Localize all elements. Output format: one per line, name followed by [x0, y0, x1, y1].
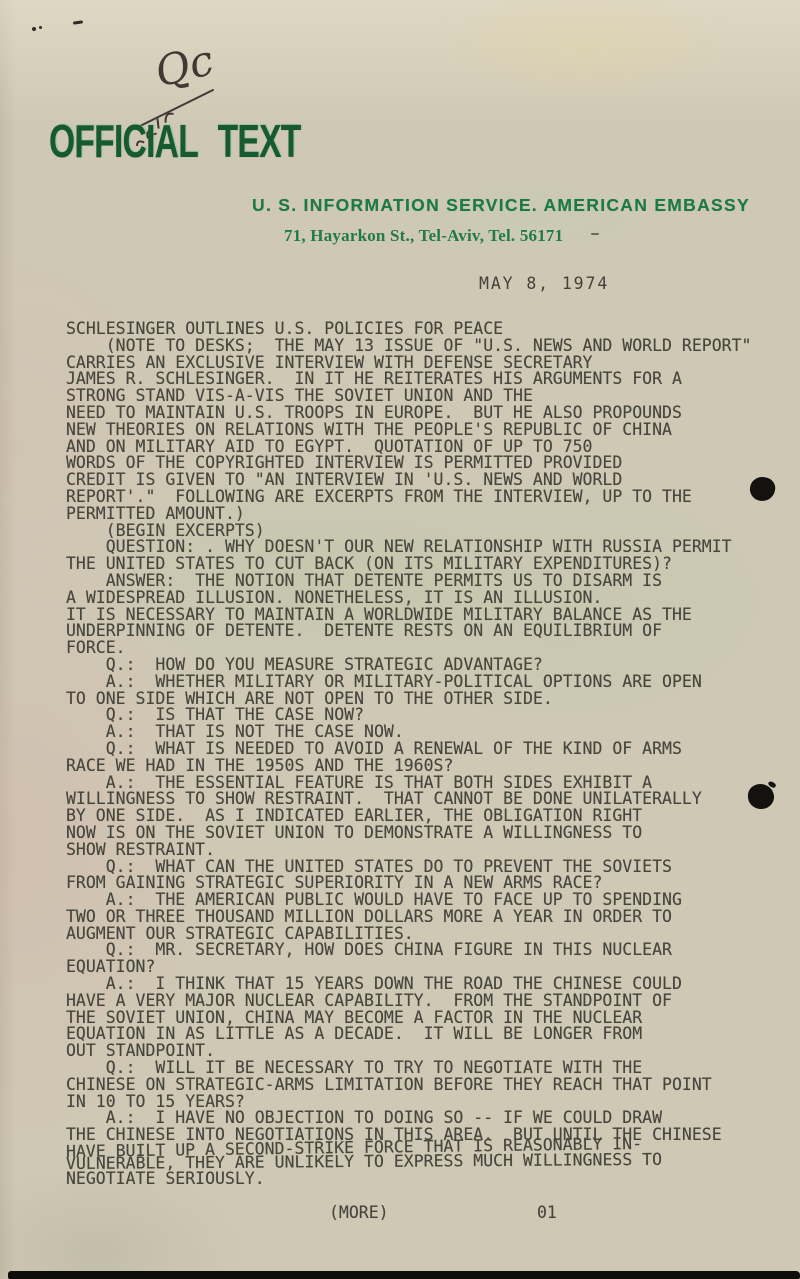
- date-line: MAY 8, 1974: [479, 274, 609, 293]
- us-eagle-seal-icon: [649, 52, 737, 154]
- ink-speck: [73, 20, 83, 24]
- bottom-scan-bar: [8, 1271, 800, 1279]
- body-line: VULNERABLE, THEY ARE UNLIKELY TO EXPRESS…: [66, 1151, 752, 1173]
- body-line: RACE WE HAD IN THE 1950S AND THE 1960S?: [66, 758, 751, 775]
- footer-page-number: 01: [537, 1203, 557, 1222]
- document-page: Qc: [0, 0, 800, 1279]
- handwritten-mark: Qc: [150, 35, 218, 97]
- body-line: A.: WHETHER MILITARY OR MILITARY-POLITIC…: [66, 674, 751, 691]
- ink-blob: [748, 475, 777, 504]
- document-body: SCHLESINGER OUTLINES U.S. POLICIES FOR P…: [66, 321, 751, 1187]
- body-line: NEGOTIATE SERIOUSLY.: [66, 1171, 751, 1188]
- body-line: UNDERPINNING OF DETENTE. DETENTE RESTS O…: [66, 623, 751, 640]
- ink-speck: [32, 27, 36, 31]
- address-line: 71, Hayarkon St., Tel-Aviv, Tel. 56171: [284, 226, 563, 246]
- footer-more-indicator: (MORE): [329, 1203, 389, 1222]
- body-line: SHOW RESTRAINT.: [66, 842, 751, 859]
- ink-speck: [591, 233, 599, 235]
- official-text-stamp: OFFICIAL TEXT: [49, 114, 301, 168]
- body-line: Q.: MR. SECRETARY, HOW DOES CHINA FIGURE…: [66, 942, 751, 959]
- ink-speck: [39, 26, 42, 29]
- org-name-line: U. S. INFORMATION SERVICE. AMERICAN EMBA…: [252, 195, 750, 216]
